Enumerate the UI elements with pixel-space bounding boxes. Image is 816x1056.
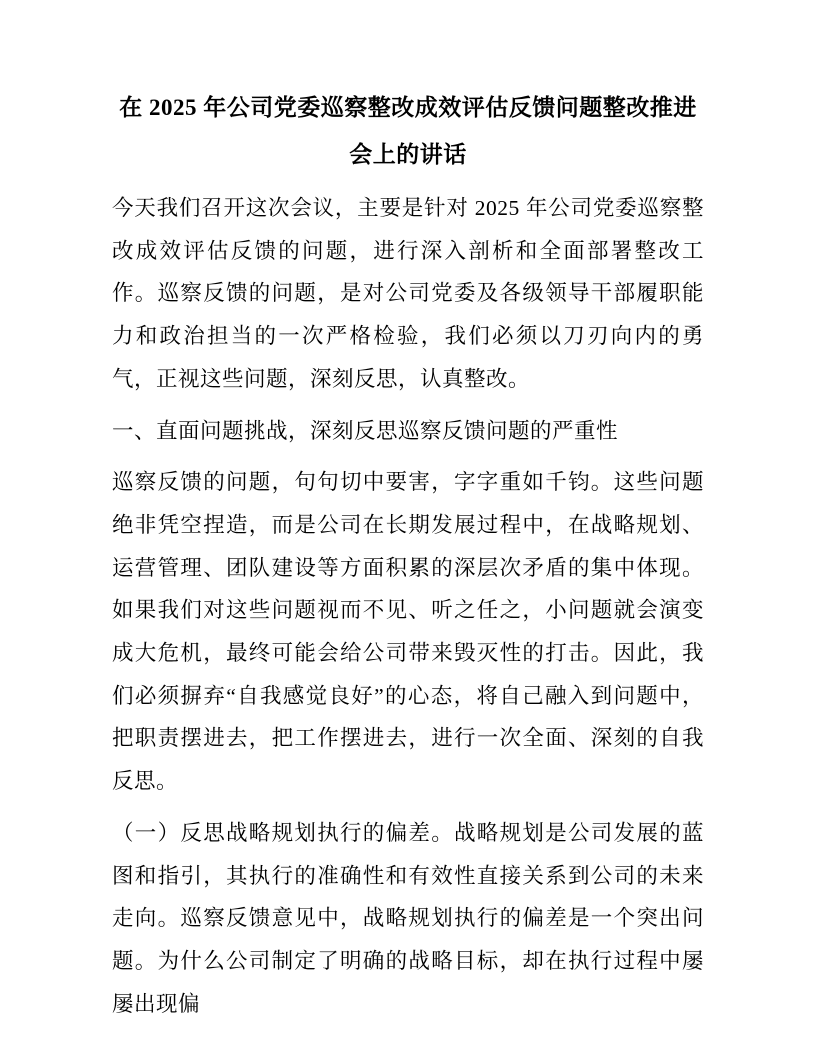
- paragraph-intro: 今天我们召开这次会议，主要是针对 2025 年公司党委巡察整改成效评估反馈的问题…: [112, 187, 704, 401]
- section-heading-1: 一、直面问题挑战，深刻反思巡察反馈问题的严重性: [112, 410, 704, 453]
- paragraph-section-body: 巡察反馈的问题，句句切中要害，字字重如千钧。这些问题绝非凭空捏造，而是公司在长期…: [112, 461, 704, 803]
- paragraph-subpoint-1: （一）反思战略规划执行的偏差。战略规划是公司发展的蓝图和指引，其执行的准确性和有…: [112, 812, 704, 1026]
- document-page: 在 2025 年公司党委巡察整改成效评估反馈问题整改推进会上的讲话 今天我们召开…: [0, 0, 816, 1056]
- document-title: 在 2025 年公司党委巡察整改成效评估反馈问题整改推进会上的讲话: [112, 84, 704, 178]
